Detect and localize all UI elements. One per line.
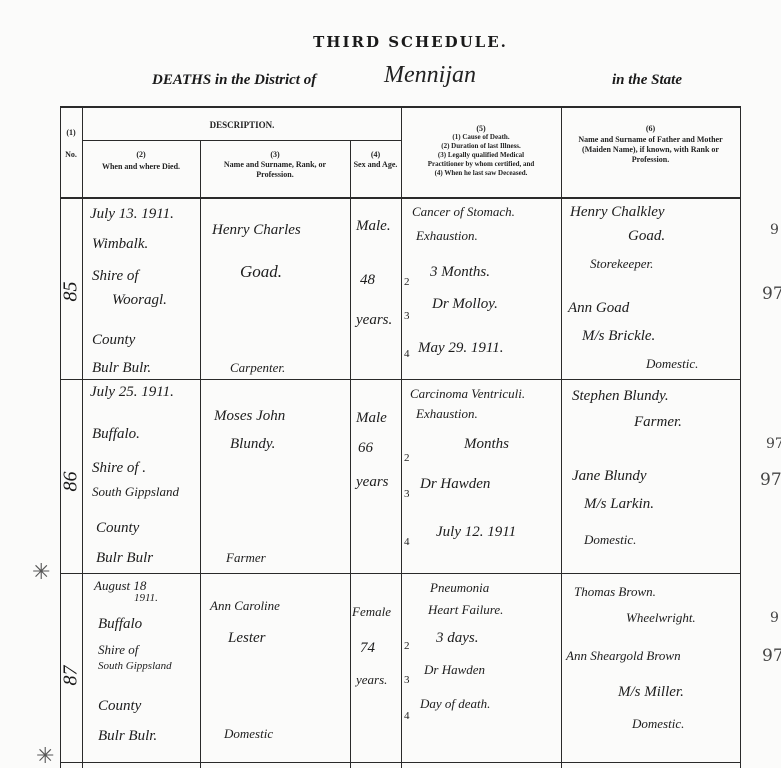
- item-number-4: 4: [404, 710, 410, 722]
- header-bottom-border: [60, 197, 740, 199]
- col2-number: (2): [82, 150, 200, 160]
- row-divider-3: [60, 762, 740, 763]
- entry-number: 87: [60, 661, 83, 691]
- mother-name: Ann Goad: [568, 300, 629, 317]
- death-date: July 13. 1911.: [90, 206, 174, 223]
- cause-of-death-2: Exhaustion.: [416, 228, 478, 244]
- col4-label: Sex and Age.: [352, 160, 399, 170]
- deceased-given-names: Ann Caroline: [210, 598, 280, 614]
- item-number-4: 4: [404, 536, 410, 548]
- district-label: DEATHS in the District of: [152, 72, 316, 89]
- deceased-profession: Domestic: [224, 726, 273, 742]
- col3-number: (3): [200, 150, 350, 160]
- death-county: Bulr Bulr.: [98, 728, 157, 745]
- death-county: Bulr Bulr: [96, 550, 153, 567]
- deceased-sex: Male: [356, 410, 387, 427]
- margin-number: 97: [762, 646, 781, 666]
- margin-number: 97: [760, 470, 781, 490]
- practitioner: Dr Hawden: [420, 476, 490, 493]
- deceased-age-unit: years.: [356, 672, 387, 688]
- deceased-given-names: Henry Charles: [212, 222, 301, 239]
- star-mark-icon: ✳: [36, 744, 54, 768]
- col5-practitioner-label-2: Practitioner by whom certified, and: [401, 160, 561, 169]
- mother-maiden-name: M/s Miller.: [618, 684, 684, 701]
- row-divider-2: [60, 573, 740, 574]
- deceased-given-names: Moses John: [214, 408, 285, 425]
- margin-number: 9: [770, 610, 779, 626]
- deceased-surname: Blundy.: [230, 436, 275, 453]
- col5-duration-label: (2) Duration of last Illness.: [401, 142, 561, 151]
- deceased-age: 48: [360, 272, 375, 289]
- death-shire: Wooragl.: [112, 292, 167, 309]
- father-name: Stephen Blundy.: [572, 388, 669, 405]
- cause-of-death-2: Exhaustion.: [416, 406, 478, 422]
- mother-maiden-name: M/s Larkin.: [584, 496, 654, 513]
- col2-label: When and where Died.: [82, 162, 200, 172]
- cause-of-death: Carcinoma Ventriculi.: [410, 386, 525, 402]
- item-number-4: 4: [404, 348, 410, 360]
- death-year: 1911.: [134, 592, 158, 604]
- item-number-3: 3: [404, 674, 410, 686]
- margin-number: 97: [766, 436, 781, 452]
- col6-number: (6): [561, 124, 740, 134]
- deceased-age-unit: years.: [356, 312, 392, 329]
- col-border-4: [401, 106, 402, 768]
- mother-profession: Domestic.: [584, 532, 636, 548]
- death-date: July 25. 1911.: [90, 384, 174, 401]
- schedule-title: THIRD SCHEDULE.: [0, 33, 781, 51]
- col3-label: Name and Surname, Rank, or Profession.: [210, 160, 340, 180]
- item-number-2: 2: [404, 640, 410, 652]
- col-border-right: [740, 106, 741, 768]
- death-shire-label: Shire of .: [92, 460, 146, 477]
- state-label: in the State: [612, 72, 682, 89]
- death-place: Wimbalk.: [92, 236, 148, 253]
- description-heading: DESCRIPTION.: [82, 120, 402, 130]
- entry-number: 85: [60, 277, 83, 307]
- deceased-age: 74: [360, 640, 375, 657]
- description-divider: [82, 140, 402, 141]
- father-profession: Storekeeper.: [590, 256, 653, 272]
- col6-label: Name and Surname of Father and Mother (M…: [564, 135, 737, 165]
- father-name: Thomas Brown.: [574, 584, 656, 600]
- father-profession: Farmer.: [634, 414, 682, 431]
- last-seen-date: July 12. 1911: [436, 524, 516, 541]
- mother-profession: Domestic.: [632, 716, 684, 732]
- deceased-profession: Farmer: [226, 550, 266, 566]
- item-number-2: 2: [404, 452, 410, 464]
- deceased-profession: Carpenter.: [230, 360, 285, 376]
- last-seen-date: May 29. 1911.: [418, 340, 504, 357]
- col5-labels: (1) Cause of Death. (2) Duration of last…: [401, 133, 561, 178]
- row-divider-1: [60, 379, 740, 380]
- father-surname: Goad.: [628, 228, 665, 245]
- margin-number: 9: [770, 222, 779, 238]
- death-shire-label: Shire of: [92, 268, 139, 285]
- mother-name: Ann Sheargold Brown: [566, 648, 681, 664]
- col5-practitioner-label: (3) Legally qualified Medical: [401, 151, 561, 160]
- practitioner: Dr Molloy.: [432, 296, 498, 313]
- deceased-surname: Goad.: [240, 262, 282, 282]
- item-number-3: 3: [404, 310, 410, 322]
- star-mark-icon: ✳: [32, 560, 50, 585]
- cause-of-death: Cancer of Stomach.: [412, 204, 515, 220]
- illness-duration: 3 Months.: [430, 264, 490, 281]
- col-border-2: [200, 140, 201, 768]
- item-number-2: 2: [404, 276, 410, 288]
- death-shire-label: Shire of: [98, 642, 138, 658]
- father-name: Henry Chalkley: [570, 204, 665, 221]
- death-county-label: County: [96, 520, 139, 537]
- death-place: Buffalo.: [92, 426, 140, 443]
- death-place: Buffalo: [98, 616, 142, 633]
- margin-number: 97: [762, 284, 781, 304]
- death-county-label: County: [92, 332, 135, 349]
- deceased-age-unit: years: [356, 474, 389, 491]
- cause-of-death-2: Heart Failure.: [428, 602, 503, 618]
- deceased-sex: Female: [352, 604, 391, 620]
- entry-number: 86: [60, 467, 83, 497]
- death-county-label: County: [98, 698, 141, 715]
- father-profession: Wheelwright.: [626, 610, 696, 626]
- table-top-border: [60, 106, 740, 108]
- district-name: Mennijan: [384, 62, 476, 89]
- last-seen-date: Day of death.: [420, 696, 490, 712]
- mother-name: Jane Blundy: [572, 468, 647, 485]
- col-border-5: [561, 106, 562, 768]
- death-county: Bulr Bulr.: [92, 360, 151, 377]
- practitioner: Dr Hawden: [424, 662, 485, 678]
- col1-label: No.: [60, 150, 82, 160]
- col-border-3: [350, 140, 351, 768]
- mother-profession: Domestic.: [646, 356, 698, 372]
- death-shire: South Gippsland: [92, 484, 179, 500]
- deceased-age: 66: [358, 440, 373, 457]
- col5-last-seen-label: (4) When he last saw Deceased.: [401, 169, 561, 178]
- illness-duration: 3 days.: [436, 630, 479, 647]
- cause-of-death: Pneumonia: [430, 580, 489, 596]
- death-shire: South Gippsland: [98, 660, 172, 672]
- item-number-3: 3: [404, 488, 410, 500]
- col1-number: (1): [60, 128, 82, 138]
- col5-cause-label: (1) Cause of Death.: [401, 133, 561, 142]
- deceased-sex: Male.: [356, 218, 391, 235]
- col4-number: (4): [350, 150, 401, 160]
- mother-maiden-name: M/s Brickle.: [582, 328, 655, 345]
- illness-duration: Months: [464, 436, 509, 453]
- deceased-surname: Lester: [228, 630, 266, 647]
